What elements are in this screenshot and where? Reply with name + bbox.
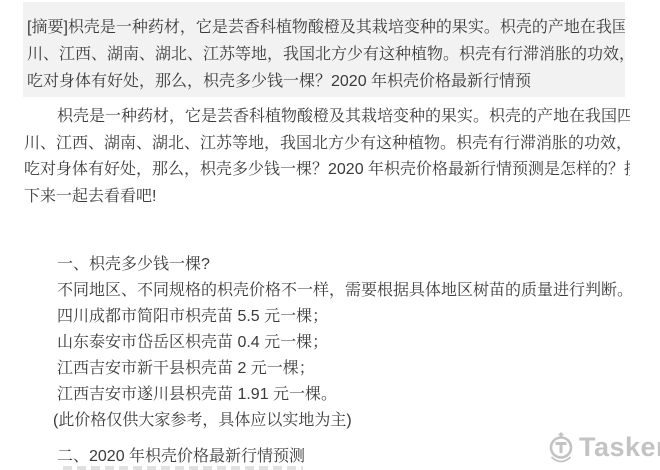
abstract-box: [摘要]枳壳是一种药材，它是芸香科植物酸橙及其栽培变种的果实。枳壳的产地在我国四…	[23, 2, 625, 97]
price-line: 四川成都市简阳市枳壳苗 5.5 元一棵；	[24, 304, 630, 330]
abstract-line: [摘要]枳壳是一种药材，它是芸香科植物酸橙及其栽培变种的果实。枳壳的产地在我国四	[27, 14, 625, 41]
watermark-label: Tasker	[579, 431, 660, 463]
tasker-seal-icon	[546, 430, 576, 464]
paragraph-line: 吃对身体有好处，那么，枳壳多少钱一棵？2020 年枳壳价格最新行情预测是怎样的？…	[24, 157, 630, 184]
paragraph-line: 下来一起去看看吧!	[24, 184, 630, 211]
cutoff-next-line	[63, 466, 303, 470]
watermark: Tasker	[546, 430, 660, 464]
abstract-line: 川、江西、湖南、湖北、江苏等地，我国北方少有这种植物。枳壳有行滞消胀的功效，常	[27, 41, 625, 68]
section-one-intro: 不同地区、不同规格的枳壳价格不一样，需要根据具体地区树苗的质量进行判断。	[24, 278, 630, 304]
price-line: 山东泰安市岱岳区枳壳苗 0.4 元一棵；	[24, 330, 630, 356]
paragraph-line: 枳壳是一种药材，它是芸香科植物酸橙及其栽培变种的果实。枳壳的产地在我国四	[24, 104, 630, 131]
price-line: 江西吉安市遂川县枳壳苗 1.91 元一棵。	[24, 382, 630, 408]
price-line: 江西吉安市新干县枳壳苗 2 元一棵；	[24, 356, 630, 382]
price-note: (此价格仅供大家参考，具体应以实地为主)	[24, 408, 630, 434]
intro-paragraph: 枳壳是一种药材，它是芸香科植物酸橙及其栽培变种的果实。枳壳的产地在我国四 川、江…	[24, 104, 630, 210]
paragraph-line: 川、江西、湖南、湖北、江苏等地，我国北方少有这种植物。枳壳有行滞消胀的功效，常	[24, 131, 630, 158]
abstract-line: 吃对身体有好处，那么，枳壳多少钱一棵？2020 年枳壳价格最新行情预	[27, 68, 625, 95]
section-one-heading: 一、枳壳多少钱一棵?	[24, 252, 630, 278]
section-price: 一、枳壳多少钱一棵? 不同地区、不同规格的枳壳价格不一样，需要根据具体地区树苗的…	[24, 252, 630, 434]
